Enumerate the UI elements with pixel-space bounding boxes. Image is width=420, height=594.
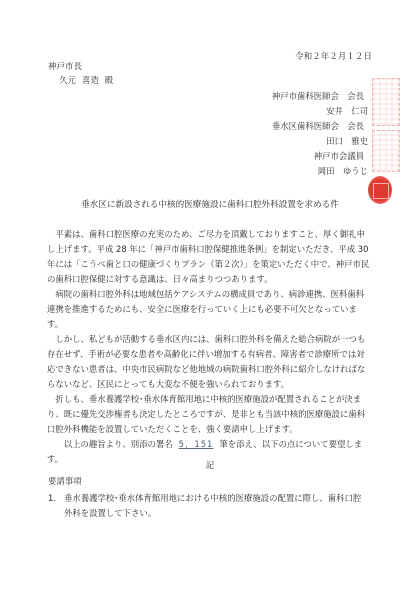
document-date: 令和２年２月１２日 — [295, 51, 372, 62]
addressee-name: 久元 喜造 殿 — [59, 75, 113, 86]
sender-3-name: 岡田 ゆうじ — [318, 166, 368, 177]
sender-1-name: 安井 仁司 — [326, 106, 368, 117]
request-item: 1. 垂水養護学校･垂水体育館用地における中核的医療施設の配置に際し、歯科口腔外… — [48, 491, 368, 521]
seal-stamp-2 — [372, 130, 400, 172]
document-title: 垂水区に新設される中核的医療施設に歯科口腔外科設置を求める件 — [0, 200, 420, 211]
paragraph: 平素は、歯科口腔医療の充実のため、ご尽力を頂戴しておりますこと、厚く御礼申し上げ… — [47, 227, 372, 287]
paragraph: しかし、私どもが活動する垂水区内には、歯科口腔外科を備えた総合病院が一つも存在せ… — [47, 332, 372, 392]
requests-heading: 要請事項 — [48, 476, 82, 487]
addressee-organization: 神戸市長 — [48, 61, 82, 72]
paragraph: 折しも、垂水養護学校･垂水体育館用地に中核的医療施設が配置されることが決まり、既… — [47, 392, 372, 437]
sender-2-name: 田口 雅史 — [326, 136, 368, 147]
sender-2-title: 垂水区歯科医師会 会長 — [272, 121, 364, 132]
document-page: 令和２年２月１２日 神戸市長 久元 喜造 殿 神戸市歯科医師会 会長 安井 仁司… — [0, 0, 420, 594]
request-number: 1. — [48, 491, 64, 521]
closing-text-before: 以上の趣旨より、別添の署名 — [64, 439, 173, 449]
sender-1-title: 神戸市歯科医師会 会長 — [272, 91, 364, 102]
document-body: 平素は、歯科口腔医療の充実のため、ご尽力を頂戴しておりますこと、厚く御礼申し上げ… — [47, 227, 372, 467]
seal-stamp-1 — [372, 78, 400, 126]
request-text: 垂水養護学校･垂水体育館用地における中核的医療施設の配置に際し、歯科口腔外科を設… — [64, 491, 368, 521]
paragraph: 病院の歯科口腔外科は地域包括ケアシステムの構成員であり、病診連携、医科歯科連携を… — [47, 287, 372, 332]
ki-heading: 記 — [0, 460, 420, 471]
signature-count: 5，151 — [173, 439, 220, 449]
sender-3-title: 神戸市会議員 — [314, 151, 364, 162]
